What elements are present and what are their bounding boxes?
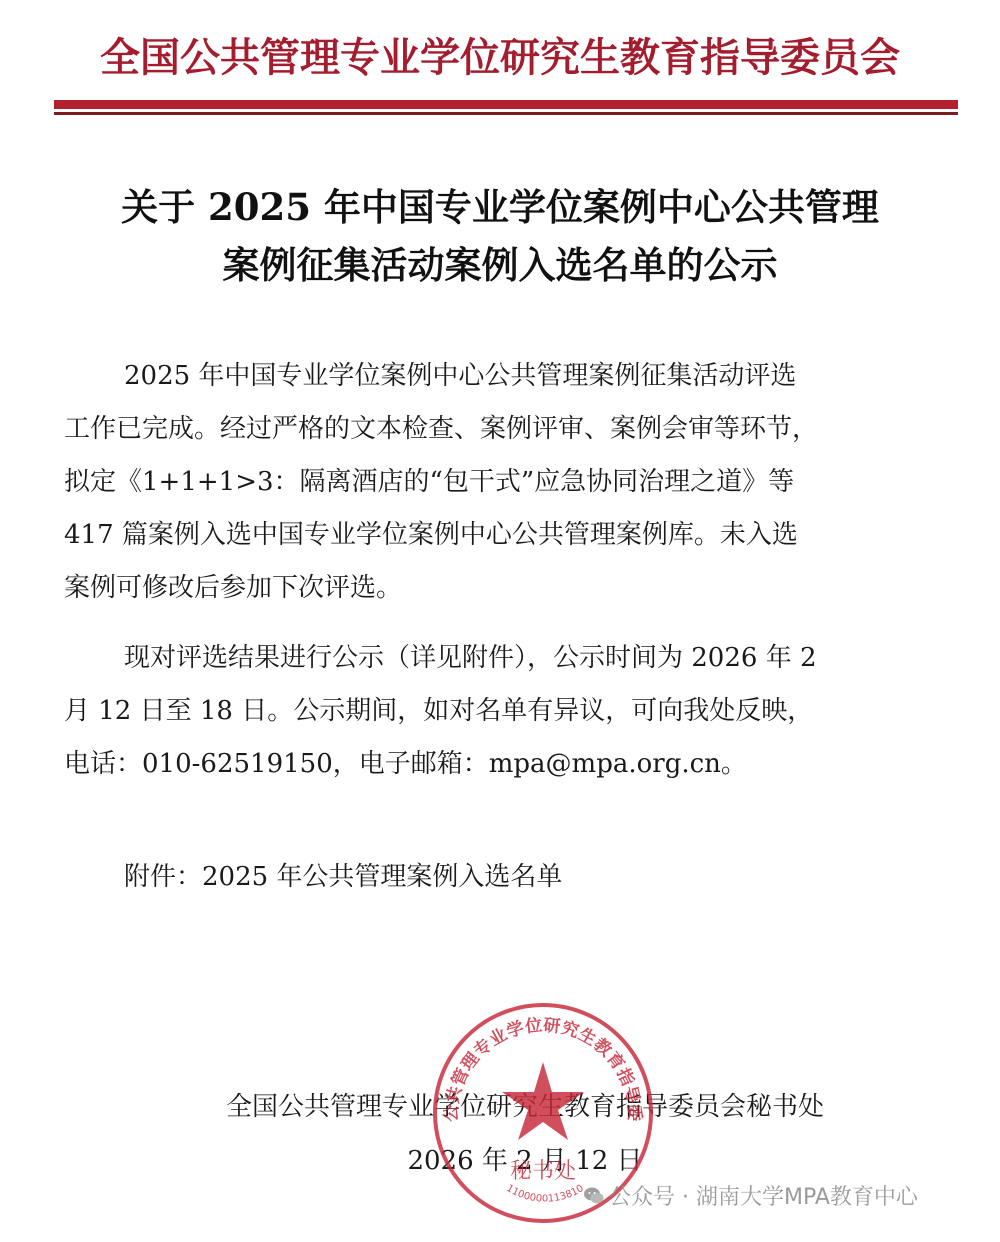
paragraph-line: 2025 年中国专业学位案例中心公共管理案例征集活动评选 (64, 350, 954, 403)
letterhead-divider (54, 100, 958, 116)
paragraph-line: 拟定《1+1+1>3：隔离酒店的“包干式”应急协同治理之道》等 (64, 456, 954, 509)
wechat-icon (583, 1185, 605, 1207)
letterhead-organization: 全国公共管理专业学位研究生教育指导委员会 (0, 26, 1000, 83)
watermark-text: 公众号 · 湖南大学MPA教育中心 (609, 1180, 918, 1211)
document-title: 关于 2025 年中国专业学位案例中心公共管理 案例征集活动案例入选名单的公示 (0, 178, 1000, 294)
svg-text:1100000113810: 1100000113810 (504, 1183, 586, 1205)
seal-number: 1100000113810 (504, 1183, 586, 1205)
paragraph-line: 工作已完成。经过严格的文本检查、案例评审、案例会审等环节， (64, 403, 954, 456)
paragraph-announcement: 2025 年中国专业学位案例中心公共管理案例征集活动评选 工作已完成。经过严格的… (64, 350, 954, 615)
paragraph-line: 现对评选结果进行公示（详见附件），公示时间为 2026 年 2 (64, 632, 954, 685)
paragraph-publicity-period: 现对评选结果进行公示（详见附件），公示时间为 2026 年 2 月 12 日至 … (64, 632, 954, 791)
paragraph-line: 417 篇案例入选中国专业学位案例中心公共管理案例库。未入选 (64, 509, 954, 562)
contact-line: 电话：010-62519150，电子邮箱：mpa@mpa.org.cn。 (64, 738, 954, 791)
paragraph-line: 案例可修改后参加下次评选。 (64, 562, 954, 615)
document-title-line-1: 关于 2025 年中国专业学位案例中心公共管理 (0, 178, 1000, 236)
attachment-label: 附件：2025 年公共管理案例入选名单 (124, 856, 562, 893)
paragraph-line: 月 12 日至 18 日。公示期间，如对名单有异议，可向我处反映， (64, 685, 954, 738)
watermark: 公众号 · 湖南大学MPA教育中心 (583, 1180, 918, 1211)
seal-center-text: 秘书处 (510, 1159, 576, 1184)
document-title-line-2: 案例征集活动案例入选名单的公示 (0, 236, 1000, 294)
